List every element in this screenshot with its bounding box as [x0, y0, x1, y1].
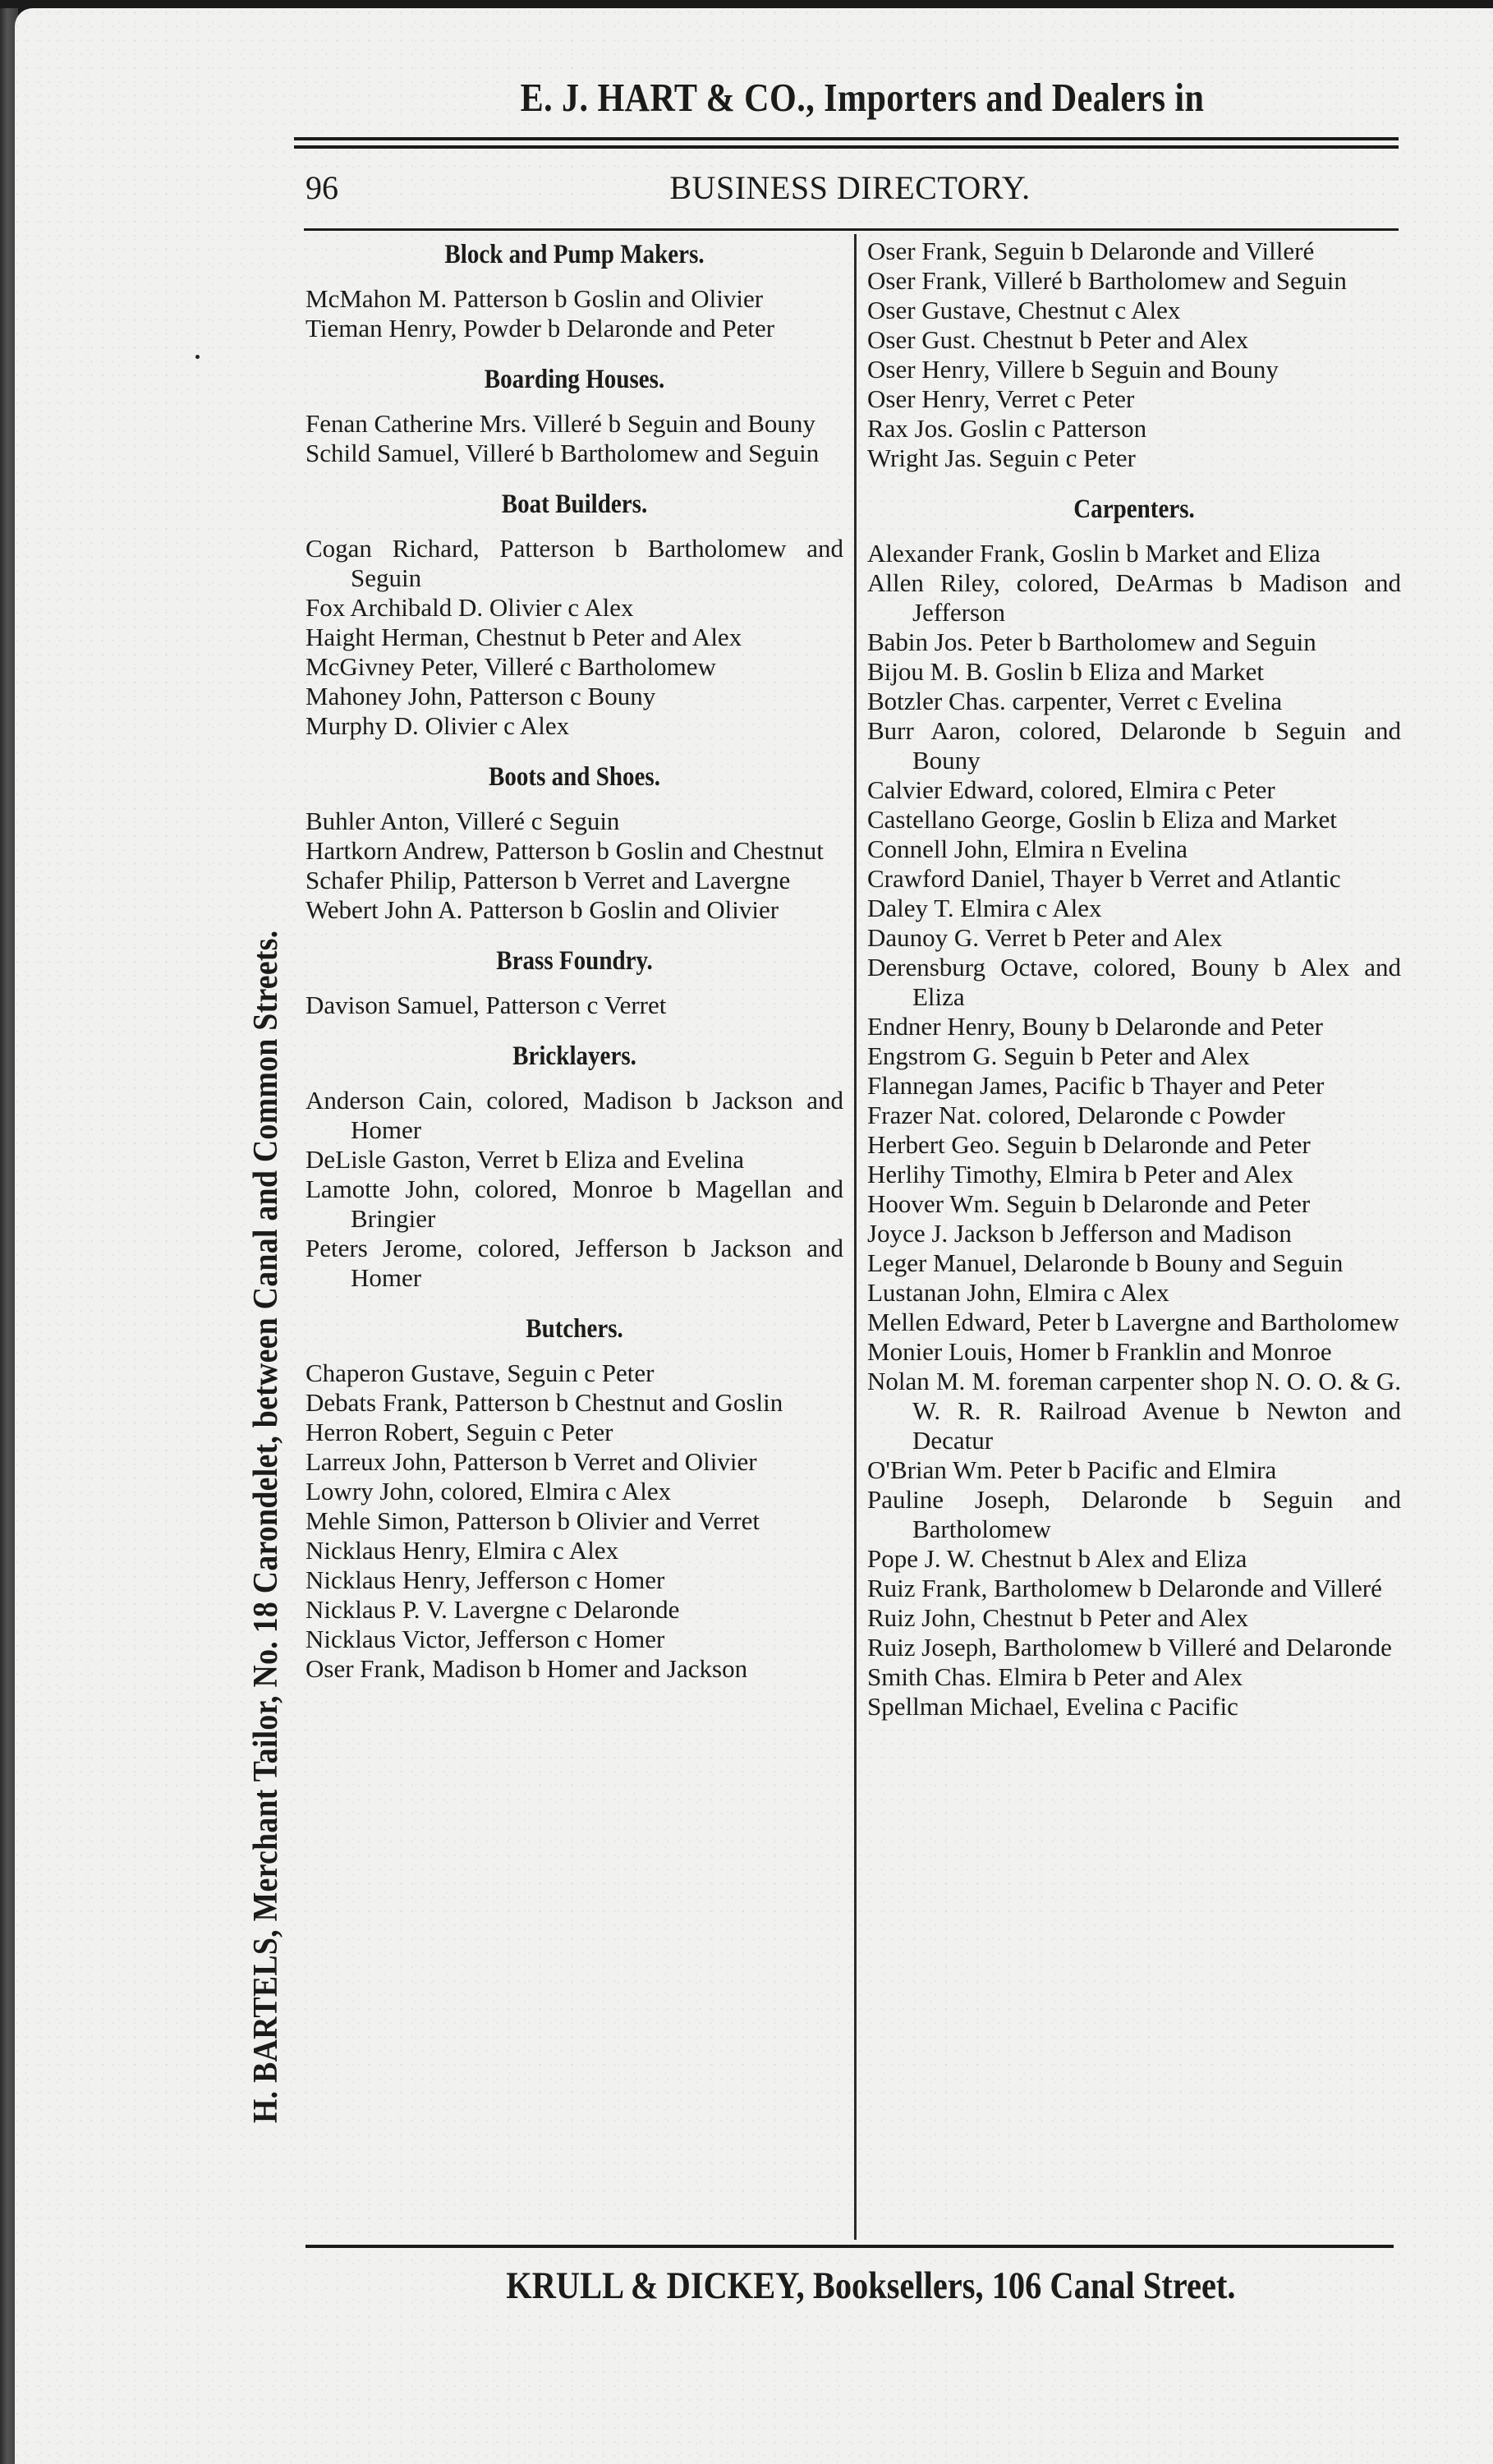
directory-entry: Schafer Philip, Patterson b Verret and L…	[305, 866, 843, 895]
directory-entry: Castellano George, Goslin b Eliza and Ma…	[867, 805, 1401, 834]
directory-entry: Pauline Joseph, Delaronde b Seguin and B…	[867, 1485, 1401, 1544]
directory-entry: Nolan M. M. foreman carpenter shop N. O.…	[867, 1367, 1401, 1455]
directory-entry: Ruiz Frank, Bartholomew b Delaronde and …	[867, 1574, 1401, 1603]
directory-entry: Spellman Michael, Evelina c Pacific	[867, 1692, 1401, 1722]
directory-entry: Pope J. W. Chestnut b Alex and Eliza	[867, 1544, 1401, 1574]
directory-entry: Mehle Simon, Patterson b Olivier and Ver…	[305, 1506, 843, 1536]
category-heading: Boots and Shoes.	[338, 762, 811, 792]
directory-entry: Oser Frank, Villeré b Bartholomew and Se…	[867, 266, 1401, 296]
directory-entry: Fox Archibald D. Olivier c Alex	[305, 593, 843, 623]
directory-entry: Babin Jos. Peter b Bartholomew and Segui…	[867, 627, 1401, 657]
header-double-rule-bottom	[294, 145, 1399, 149]
directory-entry: Oser Henry, Villere b Seguin and Bouny	[867, 355, 1401, 384]
directory-entry: Hoover Wm. Seguin b Delaronde and Peter	[867, 1189, 1401, 1219]
header-double-rule-top	[294, 137, 1399, 140]
directory-entry: Calvier Edward, colored, Elmira c Peter	[867, 775, 1401, 805]
directory-entry: Peters Jerome, colored, Jefferson b Jack…	[305, 1234, 843, 1293]
directory-entry: Allen Riley, colored, DeArmas b Madison …	[867, 568, 1401, 627]
directory-entry: Daunoy G. Verret b Peter and Alex	[867, 923, 1401, 953]
directory-entry: Oser Henry, Verret c Peter	[867, 384, 1401, 414]
directory-entry: Haight Herman, Chestnut b Peter and Alex	[305, 623, 843, 652]
directory-entry: Ruiz Joseph, Bartholomew b Villeré and D…	[867, 1633, 1401, 1662]
directory-entry: Larreux John, Patterson b Verret and Oli…	[305, 1447, 843, 1477]
directory-entry: Oser Gust. Chestnut b Peter and Alex	[867, 325, 1401, 355]
category-heading: Boat Builders.	[338, 490, 811, 519]
directory-entry: McGivney Peter, Villeré c Bartholomew	[305, 652, 843, 682]
directory-entry: Murphy D. Olivier c Alex	[305, 711, 843, 741]
directory-entry: Cogan Richard, Patterson b Bartholomew a…	[305, 534, 843, 593]
directory-entry: Engstrom G. Seguin b Peter and Alex	[867, 1041, 1401, 1071]
directory-entry: DeLisle Gaston, Verret b Eliza and Eveli…	[305, 1145, 843, 1175]
directory-entry: Tieman Henry, Powder b Delaronde and Pet…	[305, 314, 843, 343]
directory-entry: Schild Samuel, Villeré b Bartholomew and…	[305, 439, 843, 468]
directory-entry: Debats Frank, Patterson b Chestnut and G…	[305, 1388, 843, 1418]
top-advertisement: E. J. HART & CO., Importers and Dealers …	[368, 74, 1357, 121]
directory-entry: Bijou M. B. Goslin b Eliza and Market	[867, 657, 1401, 687]
directory-entry: Lowry John, colored, Elmira c Alex	[305, 1477, 843, 1506]
side-advertisement: H. BARTELS, Merchant Tailor, No. 18 Caro…	[246, 382, 296, 2123]
directory-entry: Daley T. Elmira c Alex	[867, 894, 1401, 923]
column-divider	[854, 234, 857, 2240]
directory-entry: Burr Aaron, colored, Delaronde b Seguin …	[867, 716, 1401, 775]
directory-entry: Mahoney John, Patterson c Bouny	[305, 682, 843, 711]
directory-entry: Mellen Edward, Peter b Lavergne and Bart…	[867, 1308, 1401, 1337]
directory-entry: Buhler Anton, Villeré c Seguin	[305, 807, 843, 836]
category-heading: Boarding Houses.	[338, 365, 811, 394]
directory-entry: Lustanan John, Elmira c Alex	[867, 1278, 1401, 1308]
side-advertisement-text: H. BARTELS, Merchant Tailor, No. 18 Caro…	[246, 931, 286, 2123]
category-heading: Bricklayers.	[338, 1041, 811, 1071]
category-heading: Brass Foundry.	[338, 946, 811, 976]
directory-entry: Herron Robert, Seguin c Peter	[305, 1418, 843, 1447]
category-heading: Block and Pump Makers.	[338, 240, 811, 269]
directory-entry: Wright Jas. Seguin c Peter	[867, 444, 1401, 473]
directory-entry: Oser Gustave, Chestnut c Alex	[867, 296, 1401, 325]
directory-entry: Smith Chas. Elmira b Peter and Alex	[867, 1662, 1401, 1692]
directory-entry: Frazer Nat. colored, Delaronde c Powder	[867, 1101, 1401, 1130]
category-heading: Carpenters.	[899, 494, 1369, 524]
directory-entry: Nicklaus Henry, Elmira c Alex	[305, 1536, 843, 1565]
footer-advertisement: KRULL & DICKEY, Booksellers, 106 Canal S…	[296, 2264, 1445, 2308]
directory-entry: Nicklaus Henry, Jefferson c Homer	[305, 1565, 843, 1595]
directory-entry: McMahon M. Patterson b Goslin and Olivie…	[305, 284, 843, 314]
directory-entry: Connell John, Elmira n Evelina	[867, 834, 1401, 864]
directory-entry: Endner Henry, Bouny b Delaronde and Pete…	[867, 1012, 1401, 1041]
directory-entry: Nicklaus P. V. Lavergne c Delaronde	[305, 1595, 843, 1625]
directory-entry: Davison Samuel, Patterson c Verret	[305, 991, 843, 1020]
page-title: BUSINESS DIRECTORY.	[304, 168, 1396, 207]
directory-entry: Joyce J. Jackson b Jefferson and Madison	[867, 1219, 1401, 1248]
directory-entry: Oser Frank, Madison b Homer and Jackson	[305, 1654, 843, 1684]
directory-entry: Webert John A. Patterson b Goslin and Ol…	[305, 895, 843, 925]
directory-entry: Anderson Cain, colored, Madison b Jackso…	[305, 1086, 843, 1145]
directory-entry: Derensburg Octave, colored, Bouny b Alex…	[867, 953, 1401, 1012]
category-heading: Butchers.	[338, 1314, 811, 1344]
directory-entry: Monier Louis, Homer b Franklin and Monro…	[867, 1337, 1401, 1367]
directory-entry: Oser Frank, Seguin b Delaronde and Ville…	[867, 237, 1401, 266]
right-column: Oser Frank, Seguin b Delaronde and Ville…	[867, 237, 1401, 1722]
directory-entry: Alexander Frank, Goslin b Market and Eli…	[867, 539, 1401, 568]
footer-rule	[305, 2245, 1394, 2248]
directory-entry: Lamotte John, colored, Monroe b Magellan…	[305, 1175, 843, 1234]
directory-entry: Herbert Geo. Seguin b Delaronde and Pete…	[867, 1130, 1401, 1160]
running-head: 96 BUSINESS DIRECTORY.	[304, 168, 1396, 209]
print-speck	[195, 355, 200, 359]
directory-entry: Crawford Daniel, Thayer b Verret and Atl…	[867, 864, 1401, 894]
directory-entry: Hartkorn Andrew, Patterson b Goslin and …	[305, 836, 843, 866]
directory-entry: O'Brian Wm. Peter b Pacific and Elmira	[867, 1455, 1401, 1485]
directory-entry: Ruiz John, Chestnut b Peter and Alex	[867, 1603, 1401, 1633]
directory-entry: Chaperon Gustave, Seguin c Peter	[305, 1358, 843, 1388]
footer-advertisement-text: KRULL & DICKEY, Booksellers, 106 Canal S…	[506, 2264, 1235, 2308]
directory-entry: Herlihy Timothy, Elmira b Peter and Alex	[867, 1160, 1401, 1189]
head-rule	[304, 228, 1399, 231]
left-column: Block and Pump Makers.McMahon M. Patters…	[305, 237, 843, 1684]
directory-entry: Rax Jos. Goslin c Patterson	[867, 414, 1401, 444]
directory-entry: Botzler Chas. carpenter, Verret c Evelin…	[867, 687, 1401, 716]
directory-entry: Flannegan James, Pacific b Thayer and Pe…	[867, 1071, 1401, 1101]
directory-entry: Fenan Catherine Mrs. Villeré b Seguin an…	[305, 409, 843, 439]
directory-entry: Nicklaus Victor, Jefferson c Homer	[305, 1625, 843, 1654]
directory-entry: Leger Manuel, Delaronde b Bouny and Segu…	[867, 1248, 1401, 1278]
